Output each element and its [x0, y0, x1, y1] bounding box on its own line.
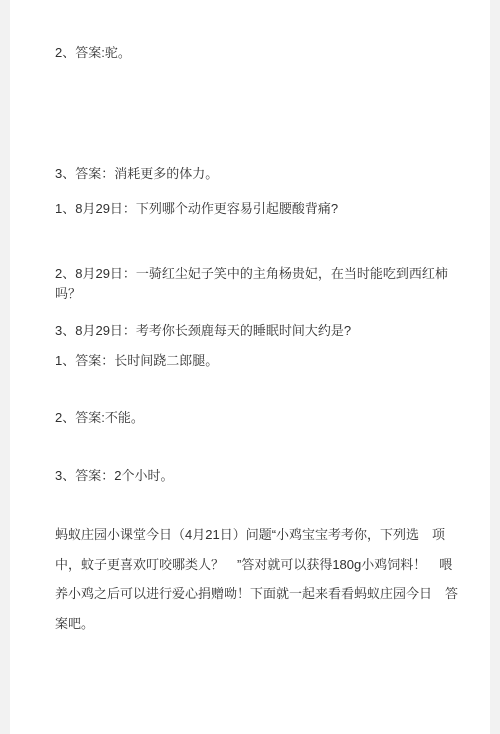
answer-3-two-hours: 3、答案：2个小时。 — [55, 466, 455, 486]
text-line: 蚂蚁庄园小课堂今日（4月21日）问题“小鸡宝宝考考你，下列选 项 — [55, 520, 455, 550]
text-line: 2、答案:不能。 — [55, 408, 455, 428]
question-1-aug29-backache: 1、8月29日：下列哪个动作更容易引起腰酸背痛? — [55, 199, 455, 219]
question-3-aug29-giraffe: 3、8月29日：考考你长颈鹿每天的睡眠时间大约是? — [55, 321, 455, 341]
answer-1-crossed-legs: 1、答案：长时间跷二郎腿。 — [55, 351, 455, 371]
answer-2-camel: 2、答案:驼。 — [55, 43, 455, 63]
text-line: 吗？ — [55, 284, 455, 304]
question-2-aug29-yangguifei: 2、8月29日：一骑红尘妃子笑中的主角杨贵妃，在当时能吃到西红柿吗？ — [55, 264, 455, 304]
text-line: 3、答案：2个小时。 — [55, 466, 455, 486]
text-line: 2、答案:驼。 — [55, 43, 455, 63]
page-edge-left — [0, 0, 10, 734]
page-edge-right — [490, 0, 500, 734]
text-line: 养小鸡之后可以进行爱心捐赠呦！下面就一起来看看蚂蚁庄园今日 答 — [55, 579, 455, 609]
answer-2-cannot: 2、答案:不能。 — [55, 408, 455, 428]
text-line: 中，蚊子更喜欢叮咬哪类人？ ”答对就可以获得180g小鸡饲料！ 喂 — [55, 550, 455, 580]
answer-3-stamina: 3、答案：消耗更多的体力。 — [55, 164, 455, 184]
text-line: 案吧。 — [55, 609, 455, 639]
text-line: 1、8月29日：下列哪个动作更容易引起腰酸背痛? — [55, 199, 455, 219]
text-line: 2、8月29日：一骑红尘妃子笑中的主角杨贵妃，在当时能吃到西红柿 — [55, 264, 455, 284]
text-line: 3、答案：消耗更多的体力。 — [55, 164, 455, 184]
text-line: 1、答案：长时间跷二郎腿。 — [55, 351, 455, 371]
paragraph-ant-manor-intro: 蚂蚁庄园小课堂今日（4月21日）问题“小鸡宝宝考考你，下列选 项中，蚊子更喜欢叮… — [55, 520, 455, 638]
document-page: 2、答案:驼。3、答案：消耗更多的体力。1、8月29日：下列哪个动作更容易引起腰… — [0, 0, 500, 734]
text-line: 3、8月29日：考考你长颈鹿每天的睡眠时间大约是? — [55, 321, 455, 341]
